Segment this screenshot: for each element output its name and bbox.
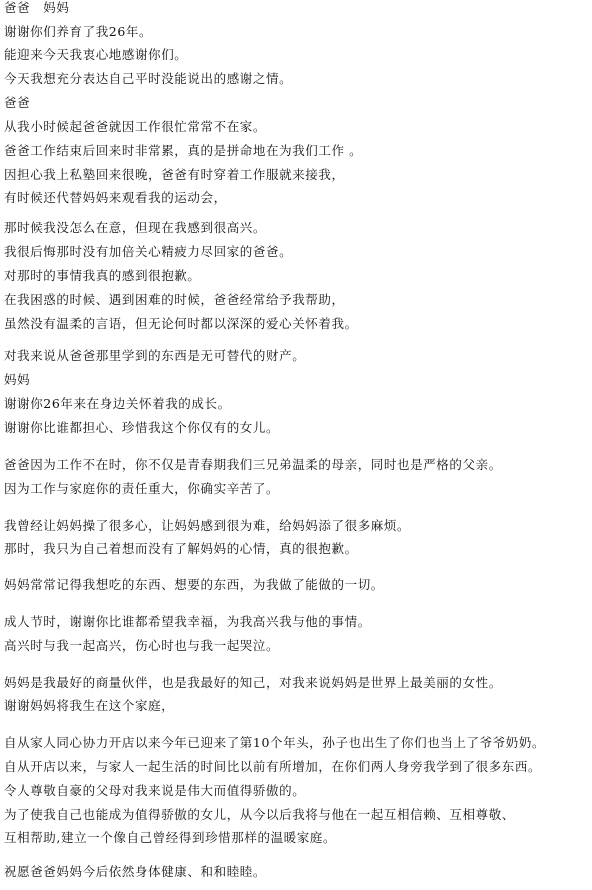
text-line: 爸爸因为工作不在时，你不仅是青春期我们三兄弟温柔的母亲，同时也是严格的父亲。: [4, 457, 502, 473]
text-line: 我很后悔那时没有加倍关心精疲力尽回家的爸爸。: [4, 244, 292, 260]
text-line: 谢谢你们养育了我26年。: [4, 24, 152, 40]
text-line: 谢谢你26年来在身边关怀着我的成长。: [4, 396, 231, 412]
text-line: 爸爸 妈妈: [4, 0, 70, 16]
text-line: 爸爸: [4, 95, 30, 111]
text-line: 令人尊敬自豪的父母对我来说是伟大而值得骄傲的。: [4, 783, 305, 799]
text-line: 从我小时候起爸爸就因工作很忙常常不在家。: [4, 119, 266, 135]
text-line: 妈妈常常记得我想吃的东西、想要的东西，为我做了能做的一切。: [4, 577, 384, 593]
text-line: 今天我想充分表达自己平时没能说出的感谢之情。: [4, 71, 292, 87]
text-line: 那时，我只为自己着想而没有了解妈妈的心情，真的很抱歉。: [4, 541, 358, 557]
text-line: 自从家人同心协力开店以来今年已迎来了第10个年头，孙子也出生了你们也当上了爷爷奶…: [4, 735, 545, 751]
text-line: 能迎来今天我衷心地感谢你们。: [4, 47, 187, 63]
text-line: 因为工作与家庭你的责任重大，你确实辛苦了。: [4, 481, 279, 497]
text-line: 对那时的事情我真的感到很抱歉。: [4, 268, 201, 284]
text-line: 为了使我自己也能成为值得骄傲的女儿，从今以后我将与他在一起互相信赖、互相尊敬、: [4, 807, 515, 823]
text-line: 虽然没有温柔的言语，但无论何时都以深深的爱心关怀着我。: [4, 316, 358, 332]
text-line: 谢谢你比谁都担心、珍惜我这个你仅有的女儿。: [4, 420, 279, 436]
text-line: 有时候还代替妈妈来观看我的运动会，: [4, 190, 227, 206]
text-line: 高兴时与我一起高兴，伤心时也与我一起哭泣。: [4, 638, 279, 654]
text-line: 对我来说从爸爸那里学到的东西是无可替代的财产。: [4, 348, 305, 364]
text-line: 我曾经让妈妈操了很多心，让妈妈感到很为难，给妈妈添了很多麻烦。: [4, 518, 410, 534]
text-line: 自从开店以来，与家人一起生活的时间比以前有所增加，在你们两人身旁我学到了很多东西…: [4, 759, 541, 775]
text-line: 互相帮助,建立一个像自己曾经得到珍惜那样的温暖家庭。: [4, 830, 336, 846]
text-line: 祝愿爸爸妈妈今后依然身体健康、和和睦睦。: [4, 864, 266, 880]
text-line: 在我困惑的时候、遇到困难的时候，爸爸经常给予我帮助，: [4, 292, 345, 308]
text-line: 谢谢妈妈将我生在这个家庭，: [4, 698, 174, 714]
text-line: 那时候我没怎么在意，但现在我感到很高兴。: [4, 220, 266, 236]
text-line: 爸爸工作结束后回来时非常累，真的是拼命地在为我们工作 。: [4, 143, 362, 159]
text-line: 成人节时，谢谢你比谁都希望我幸福，为我高兴我与他的事情。: [4, 614, 371, 630]
text-line: 妈妈: [4, 372, 30, 388]
text-line: 因担心我上私塾回来很晚，爸爸有时穿着工作服就来接我，: [4, 167, 345, 183]
text-line: 妈妈是我最好的商量伙伴，也是我最好的知己，对我来说妈妈是世界上最美丽的女性。: [4, 675, 502, 691]
